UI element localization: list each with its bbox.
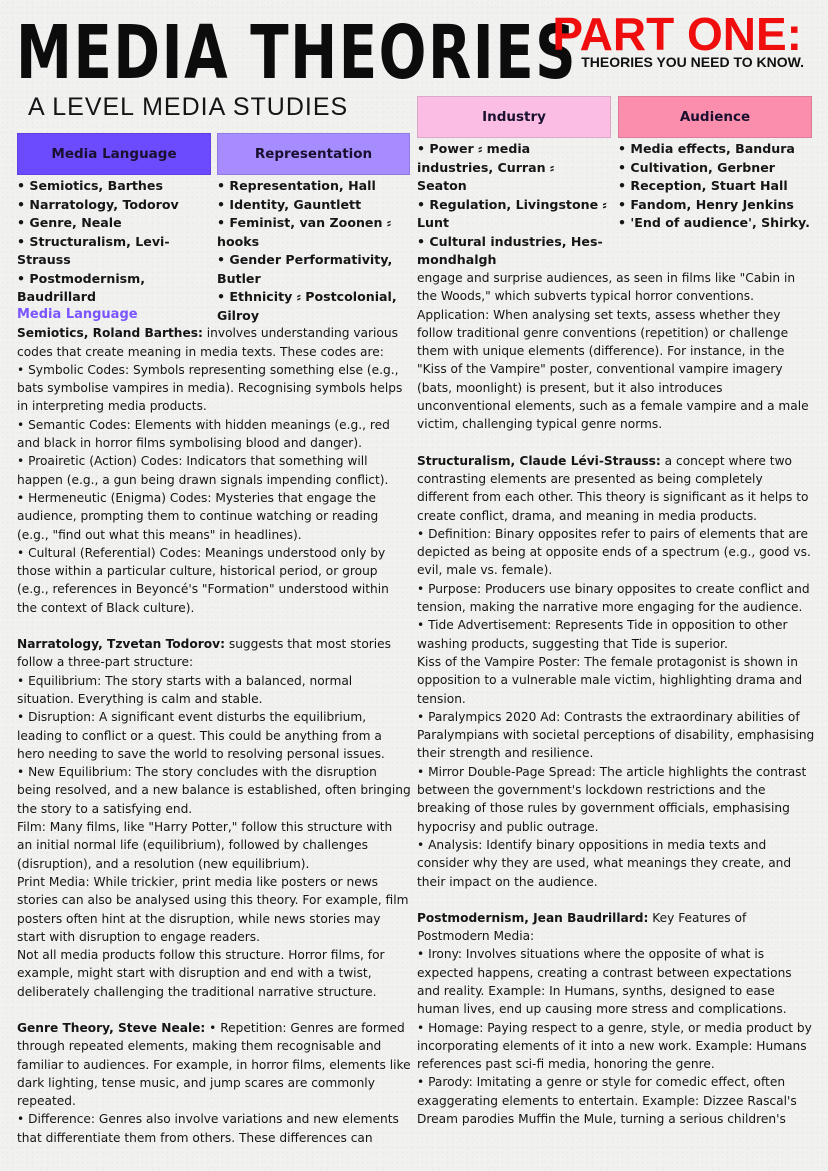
representation-list: • Representation, Hall • Identity, Gaunt… (217, 177, 412, 325)
list-item: • Postmodernism, Baudrillard (17, 270, 217, 307)
postmodernism-intro: Postmodernism, Jean Baudrillard: Key Fea… (417, 909, 815, 946)
semiotics-intro: Semiotics, Roland Barthes: involves unde… (17, 324, 411, 361)
paragraph: • Disruption: A significant event distur… (17, 708, 411, 763)
paragraph: • Cultural (Referential) Codes: Meanings… (17, 544, 411, 617)
paragraph: • Mirror Double-Page Spread: The article… (417, 763, 815, 836)
category-audience: Audience (618, 96, 812, 138)
narratology-intro: Narratology, Tzvetan Todorov: suggests t… (17, 635, 411, 672)
structuralism-heading: Structuralism, Claude Lévi-Strauss: (417, 454, 661, 468)
right-column: engage and surprise audiences, as seen i… (417, 269, 815, 1128)
category-label: Industry (482, 109, 546, 125)
list-item: • Fandom, Henry Jenkins (618, 196, 818, 215)
paragraph: Film: Many films, like "Harry Potter," f… (17, 818, 411, 873)
paragraph: Not all media products follow this struc… (17, 946, 411, 1001)
list-item: • Semiotics, Barthes (17, 177, 217, 196)
part-subheading: THEORIES YOU NEED TO KNOW. (581, 54, 804, 70)
paragraph: • Definition: Binary opposites refer to … (417, 525, 815, 580)
paragraph: Kiss of the Vampire Poster: The female p… (417, 653, 815, 708)
page-title: MEDIA THEORIES (16, 14, 577, 92)
paragraph: • Homage: Paying respect to a genre, sty… (417, 1019, 815, 1074)
media-language-list: • Semiotics, Barthes • Narratology, Todo… (17, 177, 217, 307)
postmodernism-heading: Postmodernism, Jean Baudrillard: (417, 911, 648, 925)
paragraph: • Proairetic (Action) Codes: Indicators … (17, 452, 411, 489)
list-item: • Cultivation, Gerbner (618, 159, 818, 178)
list-item: • Narratology, Todorov (17, 196, 217, 215)
audience-list: • Media effects, Bandura • Cultivation, … (618, 140, 818, 233)
category-representation: Representation (217, 133, 410, 175)
category-label: Representation (255, 146, 372, 162)
part-heading: PART ONE: (552, 10, 802, 58)
list-item: • Gender Performativity, Butler (217, 251, 412, 288)
paragraph: • New Equilibrium: The story concludes w… (17, 763, 411, 818)
category-label: Media Language (51, 146, 176, 162)
paragraph: Print Media: While trickier, print media… (17, 873, 411, 946)
list-item: • Representation, Hall (217, 177, 412, 196)
left-column: Media Language Semiotics, Roland Barthes… (17, 306, 411, 1147)
genre-heading: Genre Theory, Steve Neale: (17, 1021, 205, 1035)
narratology-heading: Narratology, Tzvetan Todorov: (17, 637, 225, 651)
list-item: • 'End of audience', Shirky. (618, 214, 818, 233)
category-industry: Industry (417, 96, 611, 138)
paragraph: • Parody: Imitating a genre or style for… (417, 1073, 815, 1128)
industry-list: • Power ⸗ media industries, Curran ⸗ Sea… (417, 140, 607, 270)
section-heading: Media Language (17, 306, 411, 324)
page-subtitle: A LEVEL MEDIA STUDIES (28, 93, 348, 122)
list-item: • Genre, Neale (17, 214, 217, 233)
genre-intro: Genre Theory, Steve Neale: • Repetition:… (17, 1019, 411, 1110)
paragraph: • Difference: Genres also involve variat… (17, 1110, 411, 1147)
paragraph: engage and surprise audiences, as seen i… (417, 269, 815, 306)
paragraph: • Paralympics 2020 Ad: Contrasts the ext… (417, 708, 815, 763)
list-item: • Regulation, Livingstone ⸗ Lunt (417, 196, 607, 233)
list-item: • Media effects, Bandura (618, 140, 818, 159)
paragraph: • Semantic Codes: Elements with hidden m… (17, 416, 411, 453)
paragraph: • Symbolic Codes: Symbols representing s… (17, 361, 411, 416)
list-item: • Reception, Stuart Hall (618, 177, 818, 196)
category-media-language: Media Language (17, 133, 211, 175)
category-label: Audience (680, 109, 750, 125)
paragraph: • Equilibrium: The story starts with a b… (17, 672, 411, 709)
paragraph: • Hermeneutic (Enigma) Codes: Mysteries … (17, 489, 411, 544)
paragraph: Application: When analysing set texts, a… (417, 306, 815, 434)
list-item: • Identity, Gauntlett (217, 196, 412, 215)
list-item: • Feminist, van Zoonen ⸗ hooks (217, 214, 412, 251)
structuralism-intro: Structuralism, Claude Lévi-Strauss: a co… (417, 452, 815, 525)
semiotics-heading: Semiotics, Roland Barthes: (17, 326, 203, 340)
paragraph: • Tide Advertisement: Represents Tide in… (417, 616, 815, 653)
list-item: • Structuralism, Levi-Strauss (17, 233, 217, 270)
paragraph: • Analysis: Identify binary oppositions … (417, 836, 815, 891)
list-item: • Cultural industries, Hes-mondhalgh (417, 233, 607, 270)
paragraph: • Irony: Involves situations where the o… (417, 945, 815, 1018)
paragraph: • Purpose: Producers use binary opposite… (417, 580, 815, 617)
list-item: • Power ⸗ media industries, Curran ⸗ Sea… (417, 140, 607, 196)
